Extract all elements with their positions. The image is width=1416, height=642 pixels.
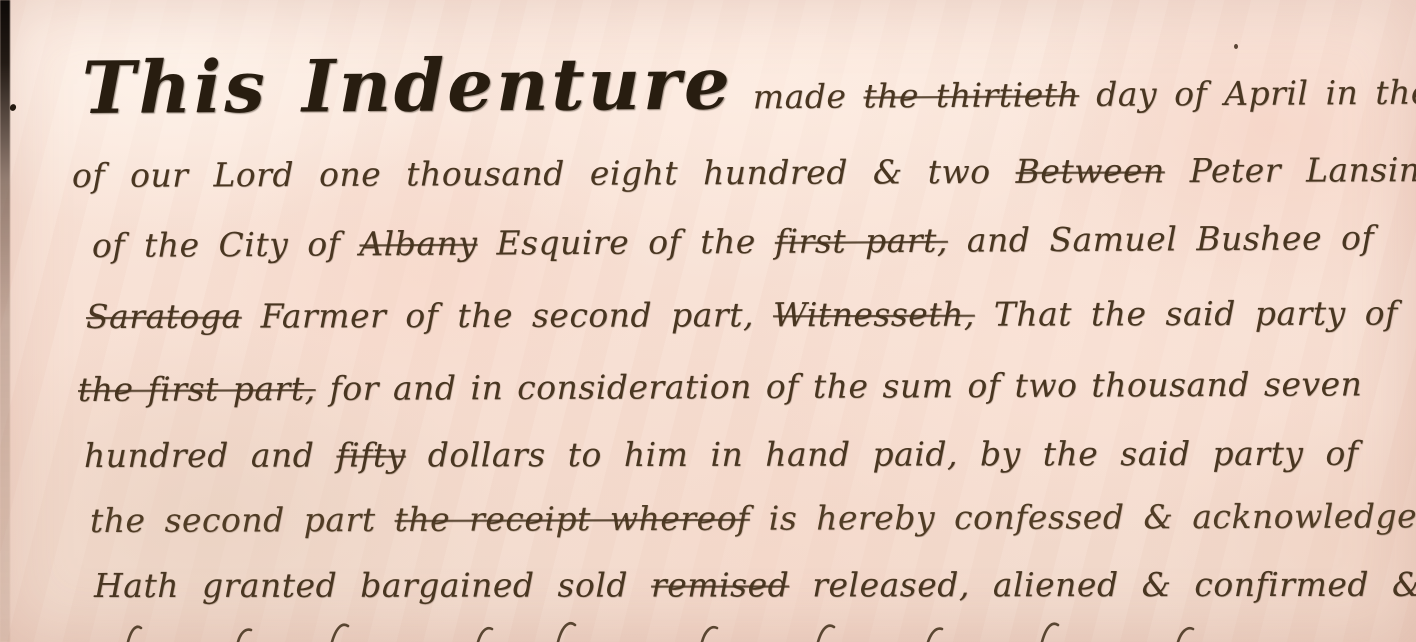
text-segment: hundred and bbox=[84, 436, 336, 475]
struck-text-segment: Saratoga bbox=[86, 297, 242, 336]
text-segment: of our Lord one thousand eight hundred &… bbox=[72, 152, 1016, 195]
text-segment: That the said party of bbox=[975, 294, 1398, 334]
struck-text-segment: the thirtieth bbox=[863, 75, 1079, 116]
manuscript-line-2: of our Lord one thousand eight hundred &… bbox=[72, 146, 1416, 202]
manuscript-line-1: This Indenturemade the thirtieth day of … bbox=[82, 35, 1416, 137]
struck-text-segment: fifty bbox=[336, 435, 405, 474]
text-segment: released, aliened & confirmed & bbox=[789, 565, 1416, 605]
struck-text-segment: Albany bbox=[359, 224, 477, 264]
manuscript-photo: This Indenturemade the thirtieth day of … bbox=[0, 0, 1416, 642]
text-segment: Peter Lansingh bbox=[1165, 150, 1416, 190]
manuscript-line-7: the second part the receipt whereof is h… bbox=[90, 492, 1416, 547]
text-segment: Esquire of the bbox=[477, 222, 775, 263]
text-segment: the second part bbox=[90, 500, 395, 540]
manuscript-line-4: Saratoga Farmer of the second part, Witn… bbox=[86, 290, 1398, 343]
manuscript-line-8: Hath granted bargained sold remised rele… bbox=[94, 561, 1416, 612]
text-segment: Farmer of the second part, bbox=[242, 295, 773, 335]
text-segment: of the City of bbox=[92, 224, 360, 265]
manuscript-line-6: hundred and fifty dollars to him in hand… bbox=[84, 430, 1359, 482]
struck-text-segment: Witnesseth, bbox=[773, 295, 975, 335]
manuscript-line-5: the first part, for and in consideration… bbox=[78, 360, 1363, 416]
clipped-bottom-line-ink-strokes bbox=[0, 616, 1416, 642]
struck-text-segment: the receipt whereof bbox=[394, 499, 749, 539]
text-segment: made bbox=[753, 77, 864, 117]
struck-text-segment: remised bbox=[651, 565, 789, 604]
opening-words: This Indenture bbox=[82, 40, 753, 130]
text-segment: Hath granted bargained sold bbox=[94, 566, 651, 605]
struck-text-segment: Between bbox=[1016, 151, 1165, 191]
struck-text-segment: first part, bbox=[775, 221, 948, 261]
text-segment: for and in consideration of the sum of t… bbox=[315, 364, 1362, 408]
page-left-edge-shadow bbox=[0, 0, 10, 642]
text-segment: day of April in the Year bbox=[1079, 72, 1416, 114]
manuscript-line-3: of the City of Albany Esquire of the fir… bbox=[92, 214, 1374, 272]
text-segment: dollars to him in hand paid, by the said… bbox=[406, 434, 1359, 475]
text-segment: and Samuel Bushee of bbox=[948, 218, 1374, 260]
struck-text-segment: the first part, bbox=[78, 369, 316, 409]
ink-speck bbox=[9, 103, 17, 112]
text-segment: is hereby confessed & acknowledged. bbox=[750, 496, 1416, 537]
